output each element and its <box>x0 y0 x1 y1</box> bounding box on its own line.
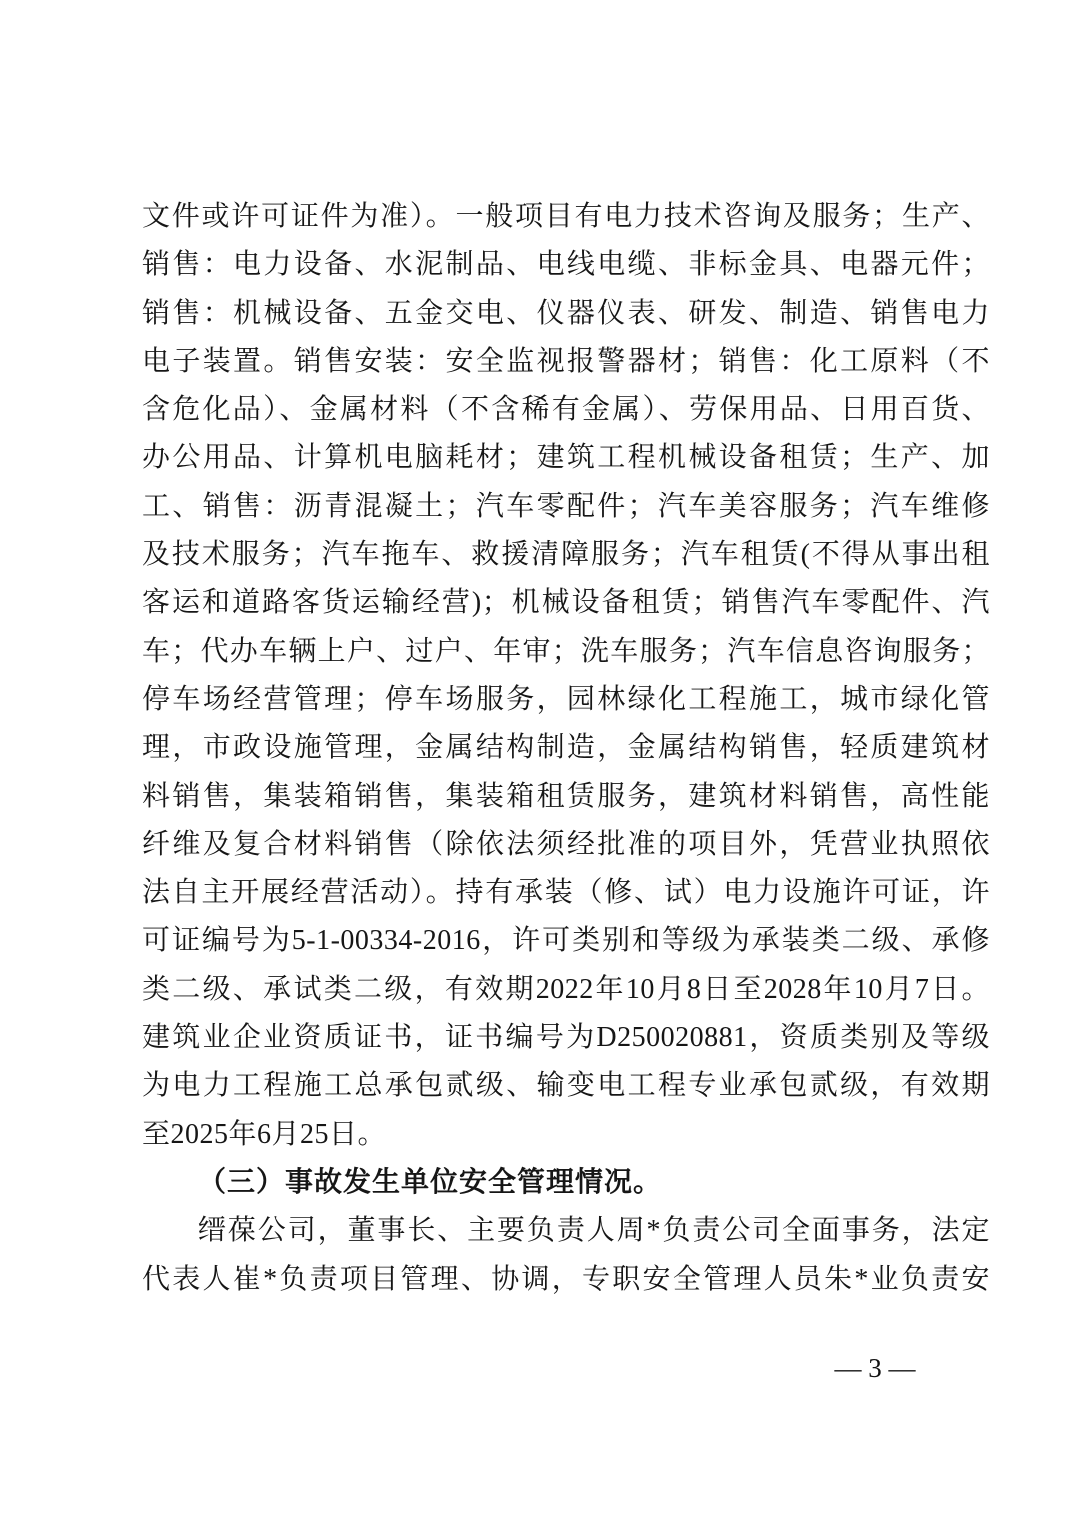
text-line: 至2025年6月25日。 <box>142 1111 990 1159</box>
document-body: 文件或许可证件为准）。一般项目有电力技术咨询及服务；生产、销售：电力设备、水泥制… <box>142 193 990 1304</box>
text-line: 停车场经营管理；停车场服务，园林绿化工程施工，城市绿化管 <box>142 676 990 724</box>
page-number: — 3 — <box>810 1350 940 1386</box>
text-line: 法自主开展经营活动）。持有承装（修、试）电力设施许可证，许 <box>142 869 990 917</box>
text-line: 电子装置。销售安装：安全监视报警器材；销售：化工原料（不 <box>142 338 990 386</box>
text-line: 可证编号为5-1-00334-2016，许可类别和等级为承装类二级、承修 <box>142 917 990 965</box>
text-line: 理，市政设施管理，金属结构制造，金属结构销售，轻质建筑材 <box>142 724 990 772</box>
text-line: 办公用品、计算机电脑耗材；建筑工程机械设备租赁；生产、加 <box>142 434 990 482</box>
text-line: 料销售，集装箱销售，集装箱租赁服务，建筑材料销售，高性能 <box>142 773 990 821</box>
text-line: 及技术服务；汽车拖车、救援清障服务；汽车租赁(不得从事出租 <box>142 531 990 579</box>
text-line: 类二级、承试类二级，有效期2022年10月8日至2028年10月7日。 <box>142 966 990 1014</box>
text-line: 车；代办车辆上户、过户、年审；洗车服务；汽车信息咨询服务； <box>142 628 990 676</box>
text-line: 建筑业企业资质证书，证书编号为D250020881，资质类别及等级 <box>142 1014 990 1062</box>
document-page: 文件或许可证件为准）。一般项目有电力技术咨询及服务；生产、销售：电力设备、水泥制… <box>0 0 1074 1520</box>
text-line: 含危化品）、金属材料（不含稀有金属）、劳保用品、日用百货、 <box>142 386 990 434</box>
text-line: 纤维及复合材料销售（除依法须经批准的项目外，凭营业执照依 <box>142 821 990 869</box>
text-line: 销售：机械设备、五金交电、仪器仪表、研发、制造、销售电力 <box>142 290 990 338</box>
text-line: 客运和道路客货运输经营)；机械设备租赁；销售汽车零配件、汽 <box>142 579 990 627</box>
text-line: 文件或许可证件为准）。一般项目有电力技术咨询及服务；生产、 <box>142 193 990 241</box>
text-line: 工、销售：沥青混凝土；汽车零配件；汽车美容服务；汽车维修 <box>142 483 990 531</box>
text-line: 代表人崔*负责项目管理、协调，专职安全管理人员朱*业负责安 <box>142 1256 990 1304</box>
text-line: 销售：电力设备、水泥制品、电线电缆、非标金具、电器元件； <box>142 241 990 289</box>
text-line: 缙葆公司，董事长、主要负责人周*负责公司全面事务，法定 <box>142 1207 990 1255</box>
section-heading: （三）事故发生单位安全管理情况。 <box>142 1159 990 1207</box>
text-line: 为电力工程施工总承包贰级、输变电工程专业承包贰级，有效期 <box>142 1062 990 1110</box>
